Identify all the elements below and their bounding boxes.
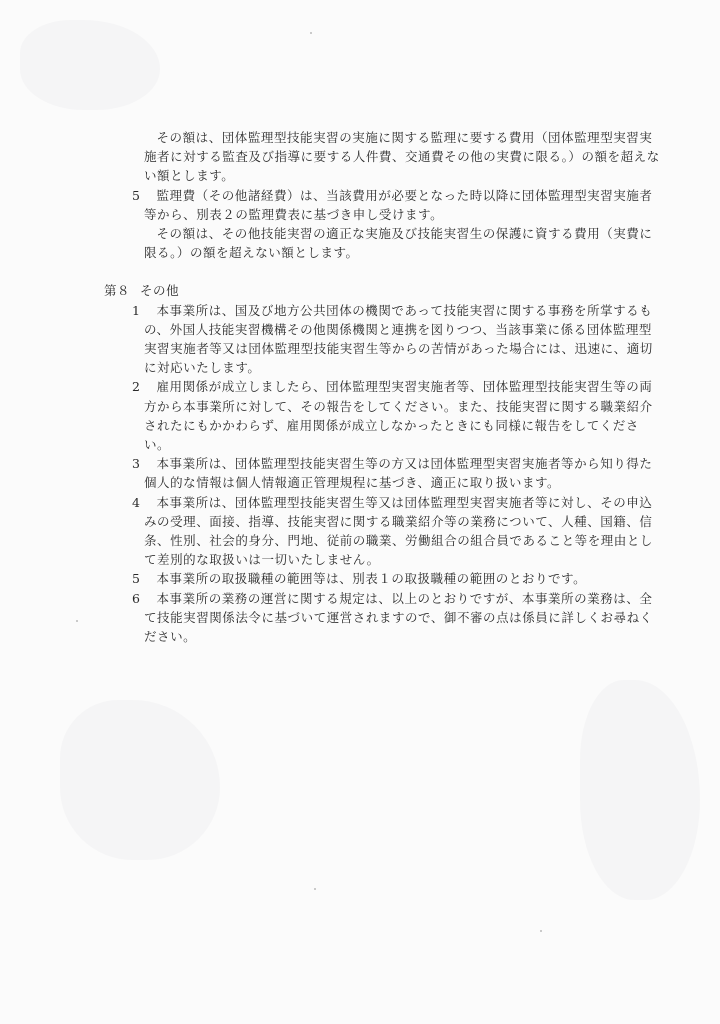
clause-5-supervision-fee: 5 監理費（その他諸経費）は、当該費用が必要となった時以降に団体監理型実習実施者… bbox=[104, 186, 664, 263]
item-text: 雇用関係が成立しましたら、団体監理型実習実施者等、団体監理型技能実習生等の両方か… bbox=[144, 377, 664, 454]
section8-item-4: 4 本事業所は、団体監理型技能実習生等又は団体監理型実習実施者等に対し、その申込… bbox=[104, 493, 664, 570]
bleed-through-mark bbox=[20, 20, 160, 110]
scan-speck bbox=[314, 888, 316, 890]
item-number: 1 bbox=[132, 301, 141, 320]
item-number: 2 bbox=[132, 377, 141, 396]
section8-item-3: 3 本事業所は、団体監理型技能実習生等の方又は団体監理型実習実施者等から知り得た… bbox=[104, 454, 664, 492]
item-text: 本事業所は、団体監理型技能実習生等又は団体監理型実習実施者等に対し、その申込みの… bbox=[144, 493, 664, 570]
item-text: 本事業所の業務の運営に関する規定は、以上のとおりですが、本事業所の業務は、全て技… bbox=[144, 589, 664, 647]
section8-item-5: 5 本事業所の取扱職種の範囲等は、別表１の取扱職種の範囲のとおりです。 bbox=[104, 569, 664, 588]
fee-limit-paragraph: その額は、団体監理型技能実習の実施に関する監理に要する費用（団体監理型実習実施者… bbox=[104, 128, 664, 186]
scan-speck bbox=[540, 930, 542, 932]
section-title: その他 bbox=[140, 283, 179, 298]
section-number: 第８ bbox=[104, 281, 140, 300]
item-text: 本事業所の取扱職種の範囲等は、別表１の取扱職種の範囲のとおりです。 bbox=[144, 569, 664, 588]
item-number: 4 bbox=[132, 493, 141, 512]
section8-item-1: 1 本事業所は、国及び地方公共団体の機関であって技能実習に関する事務を所掌するも… bbox=[104, 301, 664, 378]
item-number: 3 bbox=[132, 454, 141, 473]
scan-speck bbox=[310, 32, 312, 34]
bleed-through-mark bbox=[60, 700, 220, 860]
scan-speck bbox=[76, 620, 78, 622]
item-number: 5 bbox=[132, 569, 141, 588]
item-number: 6 bbox=[132, 589, 141, 608]
document-body: その額は、団体監理型技能実習の実施に関する監理に要する費用（団体監理型実習実施者… bbox=[104, 128, 664, 646]
scanned-page: その額は、団体監理型技能実習の実施に関する監理に要する費用（団体監理型実習実施者… bbox=[0, 0, 720, 1024]
bleed-through-mark bbox=[580, 680, 700, 900]
item-text: 本事業所は、国及び地方公共団体の機関であって技能実習に関する事務を所掌するもの、… bbox=[144, 301, 664, 378]
section8-item-6: 6 本事業所の業務の運営に関する規定は、以上のとおりですが、本事業所の業務は、全… bbox=[104, 589, 664, 647]
clause-number: 5 bbox=[132, 186, 141, 205]
section-heading: 第８その他 bbox=[104, 281, 664, 300]
item-text: 本事業所は、団体監理型技能実習生等の方又は団体監理型実習実施者等から知り得た個人… bbox=[144, 454, 664, 492]
clause-text: 監理費（その他諸経費）は、当該費用が必要となった時以降に団体監理型実習実施者等か… bbox=[144, 186, 664, 224]
clause-subtext: その額は、その他技能実習の適正な実施及び技能実習生の保護に資する費用（実費に限る… bbox=[144, 224, 664, 262]
section8-item-2: 2 雇用関係が成立しましたら、団体監理型実習実施者等、団体監理型技能実習生等の両… bbox=[104, 377, 664, 454]
